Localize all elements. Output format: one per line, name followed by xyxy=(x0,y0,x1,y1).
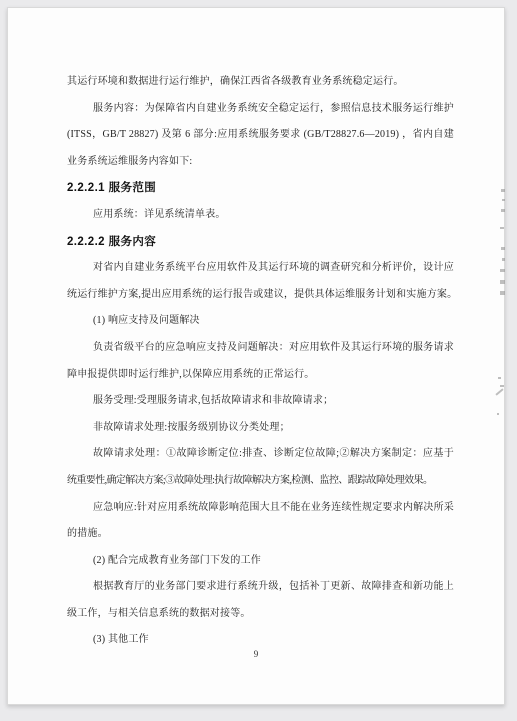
body-line: 服务受理:受理服务请求,包括故障请求和非故障请求； xyxy=(67,388,454,415)
body-line: 其运行环境和数据进行运行维护，确保江西省各级教育业务系统稳定运行。 xyxy=(67,69,454,96)
body-line: (2) 配合完成教育业务部门下发的工作 xyxy=(67,548,454,575)
body-line: 障申报提供即时运行维护,以保障应用系统的正常运行。 xyxy=(67,362,454,389)
body-line: (ITSS，GB/T 28827) 及第 6 部分:应用系统服务要求 (GB/T… xyxy=(67,122,454,149)
body-line: 故障请求处理：①故障诊断定位:排查、诊断定位故障;②解决方案制定：应基于应用系 xyxy=(67,441,454,468)
body-line: 统运行维护方案,提出应用系统的运行报告或建议，提供具体运维服务计划和实施方案。 xyxy=(67,282,454,309)
body-line: 应用系统：详见系统清单表。 xyxy=(67,202,454,229)
body-line: 非故障请求处理:按服务级别协议分类处理； xyxy=(67,415,454,442)
body-line: 对省内自建业务系统平台应用软件及其运行环境的调查研究和分析评价，设计应用系 xyxy=(67,255,454,282)
body-line: 应急响应:针对应用系统故障影响范围大且不能在业务连续性规定要求内解决所采取 xyxy=(67,495,454,522)
body-line: 业务系统运维服务内容如下: xyxy=(67,149,454,176)
body-line: 负责省级平台的应急响应支持及问题解决：对应用软件及其运行环境的服务请求或故 xyxy=(67,335,454,362)
page-number: 9 xyxy=(8,649,504,659)
page-content: 其运行环境和数据进行运行维护，确保江西省各级教育业务系统稳定运行。服务内容：为保… xyxy=(67,69,454,654)
section-heading: 2.2.2.1 服务范围 xyxy=(67,175,454,202)
body-line: 级工作，与相关信息系统的数据对接等。 xyxy=(67,601,454,628)
body-line: 根据教育厅的业务部门要求进行系统升级，包括补丁更新、故障排查和新功能上线升 xyxy=(67,574,454,601)
body-line: (1) 响应支持及问题解决 xyxy=(67,308,454,335)
body-line: 的措施。 xyxy=(67,521,454,548)
body-line: 统重要性,确定解决方案;③故障处理:执行故障解决方案,检测、监控、跟踪故障处理效… xyxy=(67,468,454,495)
section-heading: 2.2.2.2 服务内容 xyxy=(67,229,454,256)
document-page: 其运行环境和数据进行运行维护，确保江西省各级教育业务系统稳定运行。服务内容：为保… xyxy=(7,7,505,705)
body-line: 服务内容：为保障省内自建业务系统安全稳定运行，参照信息技术服务运行维护标准 xyxy=(67,96,454,123)
